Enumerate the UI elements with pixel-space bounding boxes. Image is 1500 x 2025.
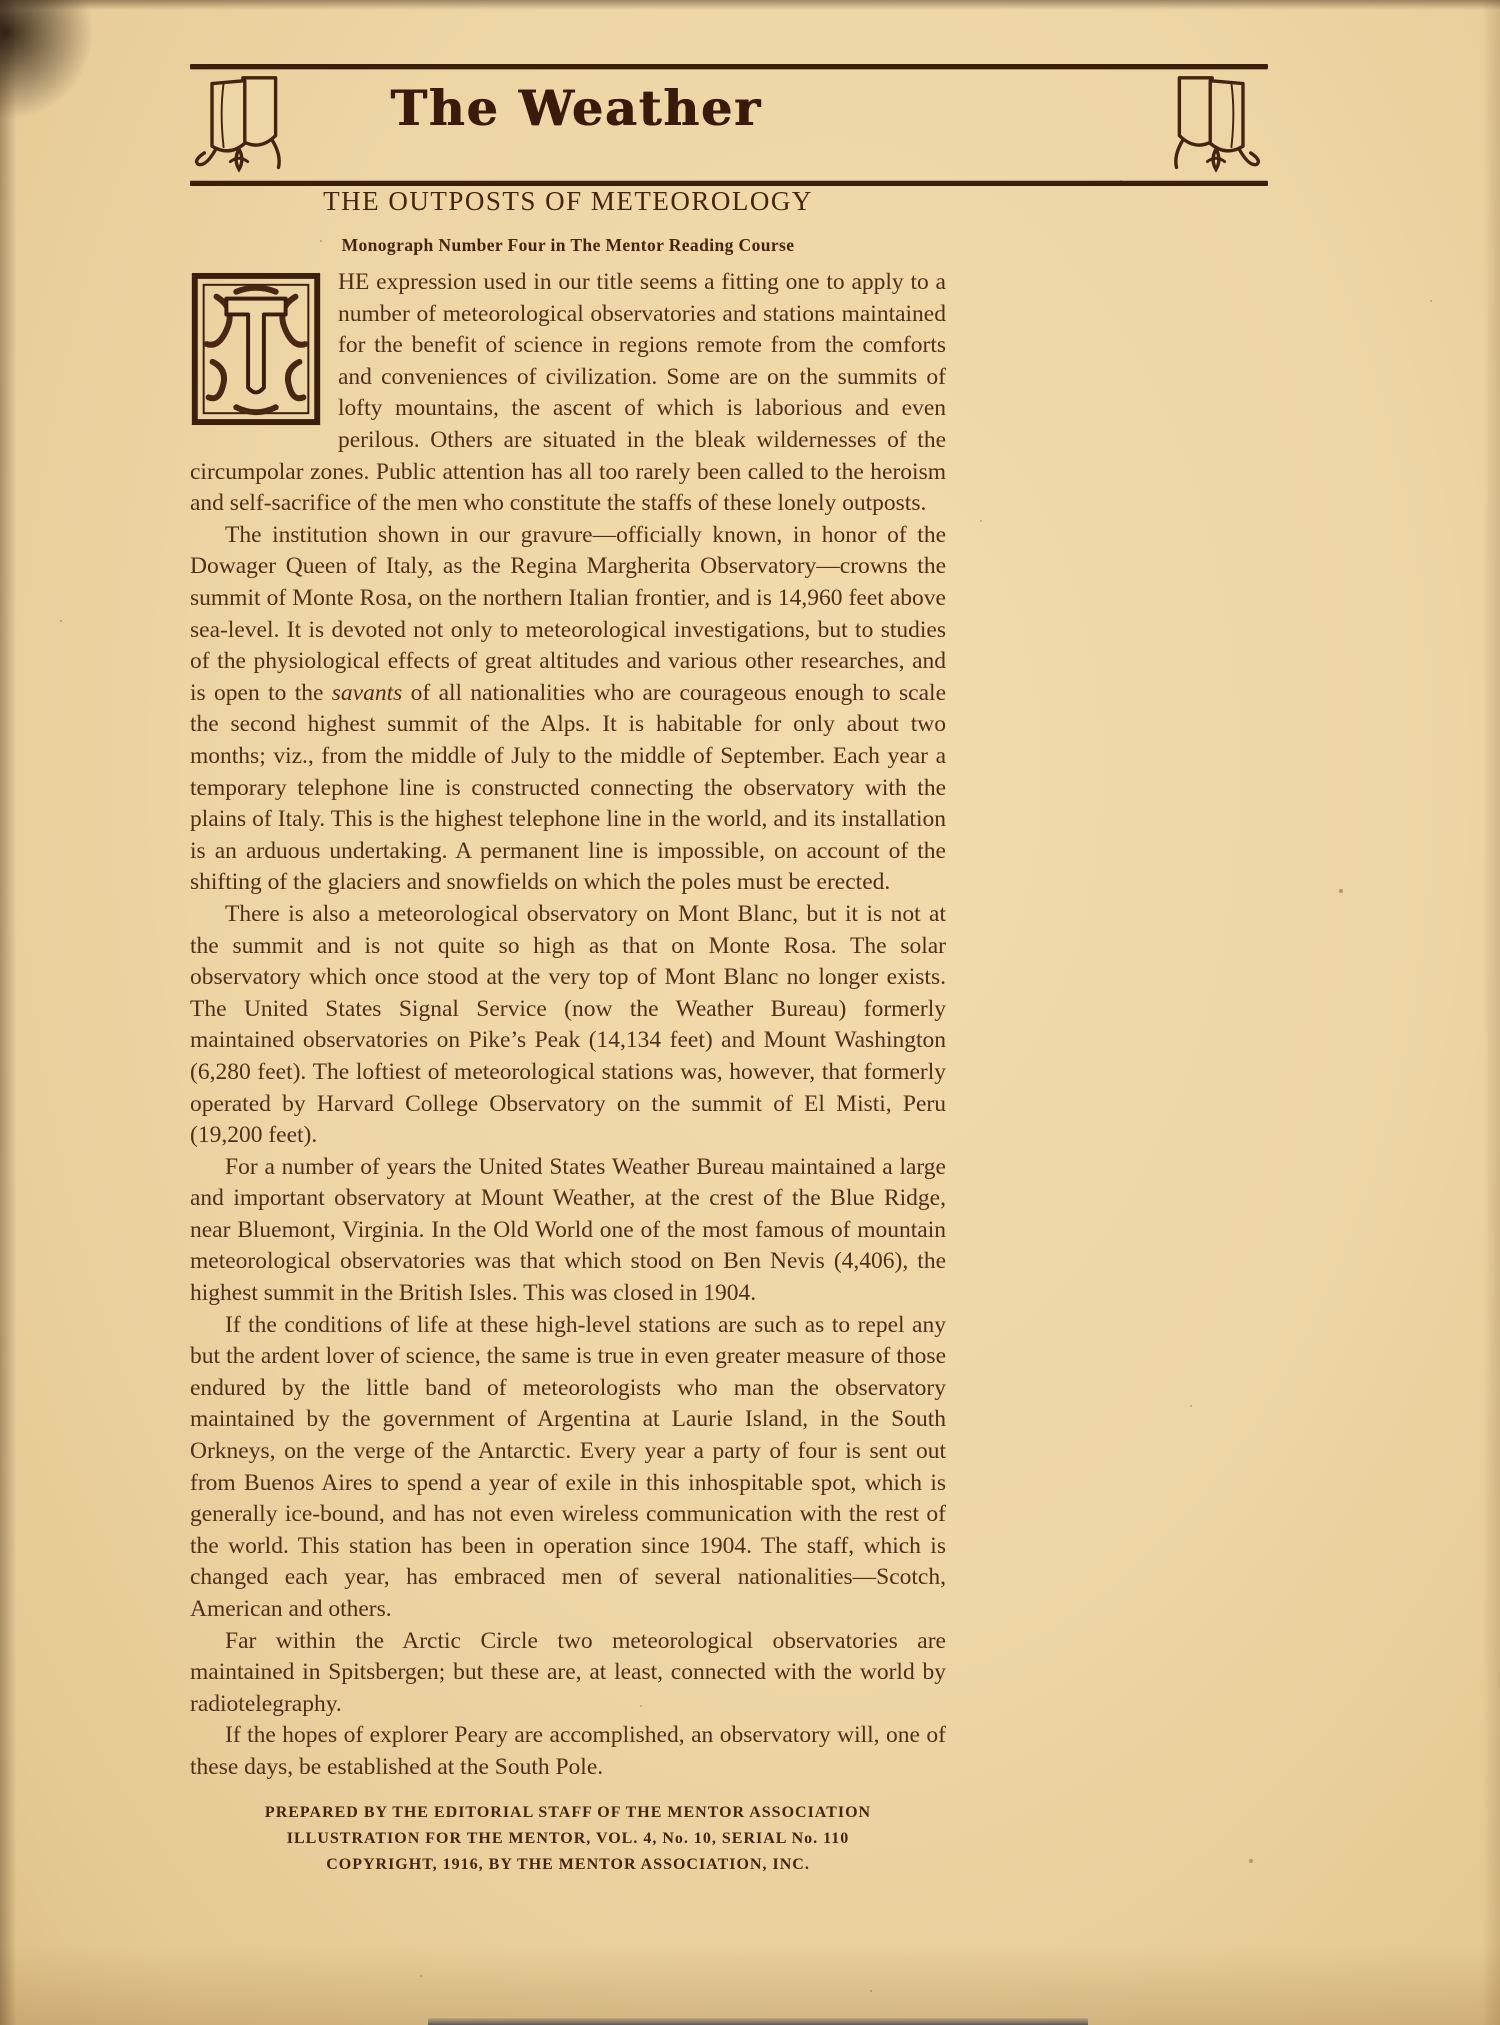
paper-specks — [0, 0, 2, 2]
imprint-line-1: PREPARED BY THE EDITORIAL STAFF OF THE M… — [190, 1800, 946, 1826]
article-column: THE OUTPOSTS OF METEOROLOGY Monograph Nu… — [190, 186, 946, 1878]
paragraph-4: For a number of years the United States … — [190, 1152, 946, 1310]
page-content: The Weather THE OUTPOSTS OF METEOROLOGY … — [190, 62, 1268, 1878]
article-title: THE OUTPOSTS OF METEOROLOGY — [190, 186, 946, 216]
paragraph-2-text-a: The institution shown in our gravure—off… — [190, 522, 946, 706]
masthead-title: The Weather — [190, 84, 962, 133]
article-subtitle: Monograph Number Four in The Mentor Read… — [190, 234, 946, 256]
paragraph-5: If the conditions of life at these high-… — [190, 1310, 946, 1626]
scanned-document-page: The Weather THE OUTPOSTS OF METEOROLOGY … — [0, 0, 1500, 2025]
imprint-footer: PREPARED BY THE EDITORIAL STAFF OF THE M… — [190, 1800, 946, 1878]
paragraph-7: If the hopes of explorer Peary are accom… — [190, 1720, 946, 1783]
paragraph-2: The institution shown in our gravure—off… — [190, 520, 946, 899]
masthead-top-rule — [190, 64, 1268, 69]
imprint-line-2: ILLUSTRATION FOR THE MENTOR, VOL. 4, No.… — [190, 1826, 946, 1852]
paragraph-6: Far within the Arctic Circle two meteoro… — [190, 1626, 946, 1721]
article-body: HE expression used in our title seems a … — [190, 267, 946, 1784]
paragraph-2-italic-word: savants — [332, 680, 403, 706]
masthead-bottom-rule — [190, 181, 1268, 186]
banner-scroll-icon — [1170, 72, 1262, 178]
paragraph-1: HE expression used in our title seems a … — [190, 267, 946, 520]
masthead-banner: The Weather — [190, 62, 1268, 184]
paragraph-2-text-b: of all nationalities who are courageous … — [190, 680, 946, 896]
paragraph-3: There is also a meteorological observato… — [190, 899, 946, 1152]
scan-edge-shadow — [428, 2018, 1088, 2025]
ornamental-drop-cap-T-icon — [190, 271, 322, 427]
imprint-line-3: COPYRIGHT, 1916, BY THE MENTOR ASSOCIATI… — [190, 1852, 946, 1878]
